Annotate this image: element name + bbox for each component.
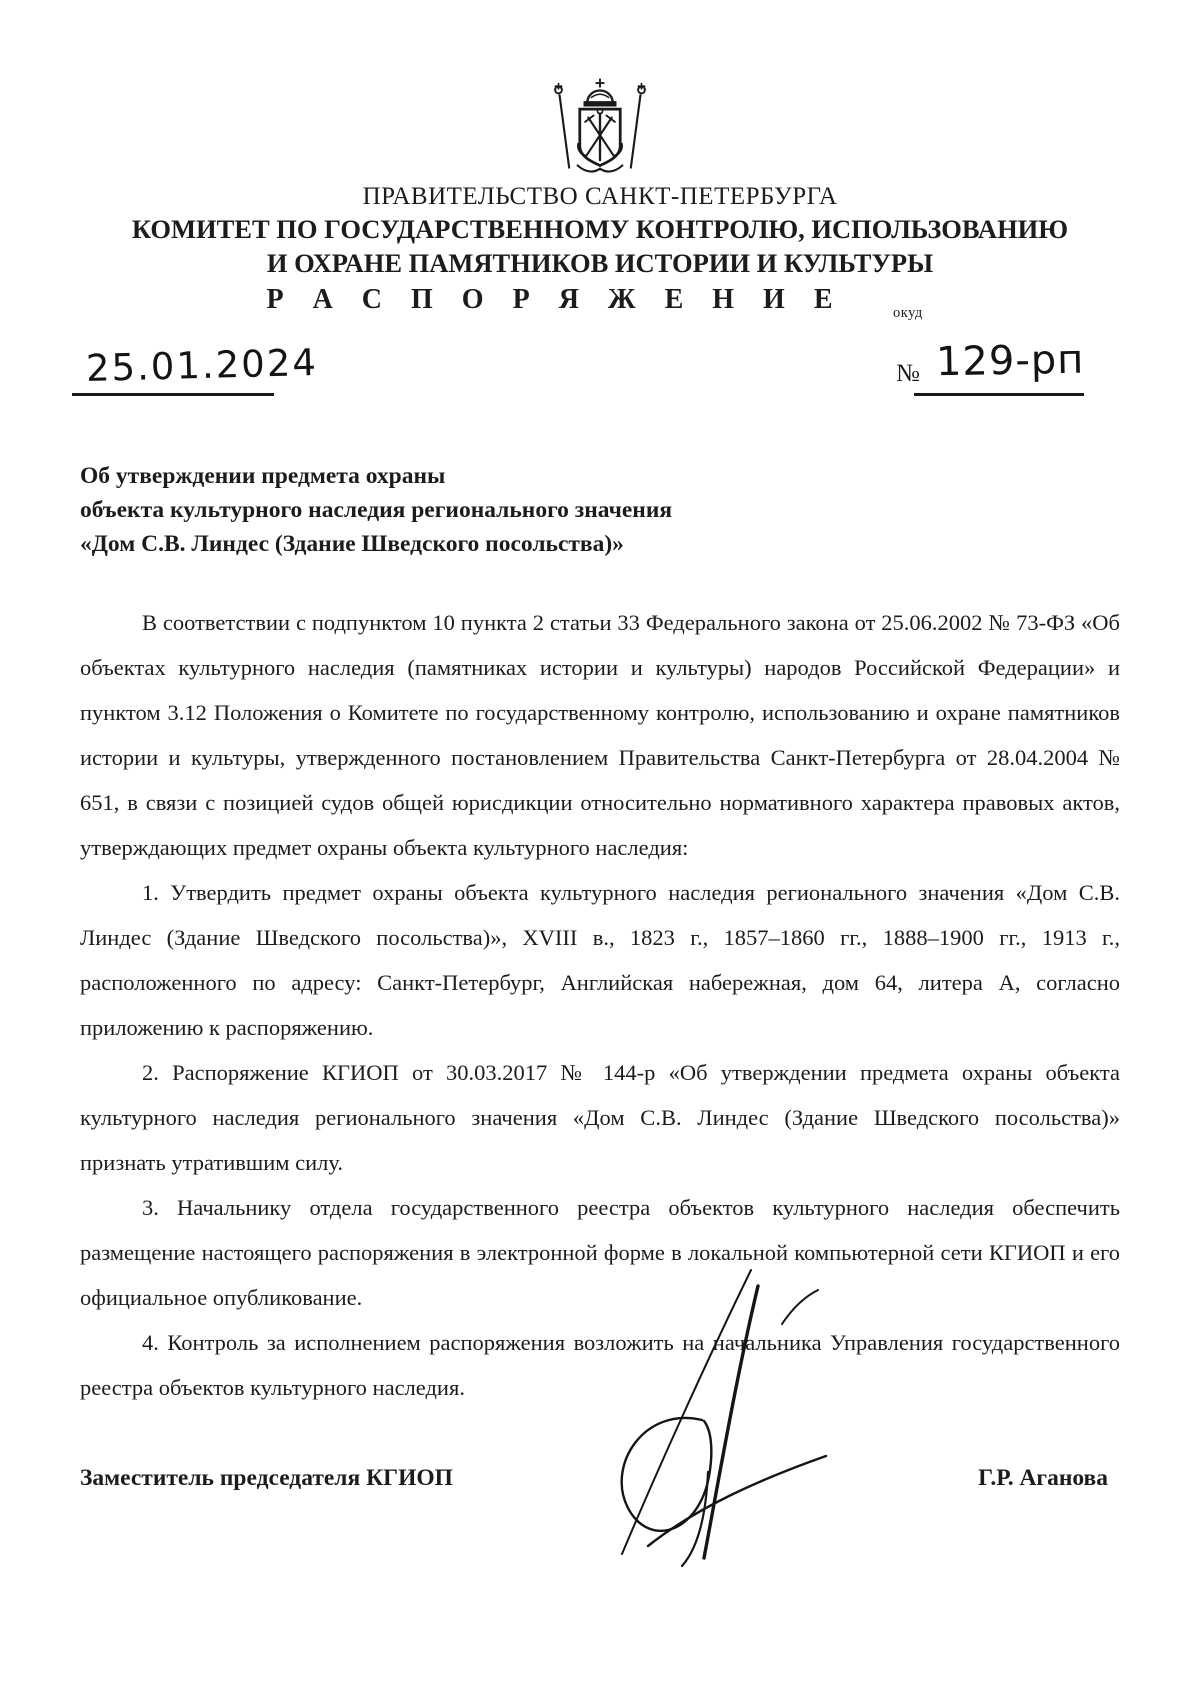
signature-block: Заместитель председателя КГИОП Г.Р. Аган… <box>80 1465 1108 1492</box>
paragraph-item-2: 2. Распоряжение КГИОП от 30.03.2017 № 14… <box>80 1050 1120 1185</box>
okud-label: окуд <box>893 305 923 322</box>
date-underline <box>72 393 274 396</box>
document-title: Об утверждении предмета охраны объекта к… <box>80 459 1000 561</box>
handwritten-signature-icon <box>586 1258 836 1568</box>
government-line: ПРАВИТЕЛЬСТВО САНКТ-ПЕТЕРБУРГА <box>0 183 1200 211</box>
signatory-name: Г.Р. Аганова <box>978 1465 1108 1492</box>
committee-line-1: КОМИТЕТ ПО ГОСУДАРСТВЕННОМУ КОНТРОЛЮ, ИС… <box>0 214 1200 245</box>
st-petersburg-coat-of-arms-icon <box>546 74 654 174</box>
title-line-1: Об утверждении предмета охраны <box>80 459 1000 493</box>
document-page: ПРАВИТЕЛЬСТВО САНКТ-ПЕТЕРБУРГА КОМИТЕТ П… <box>0 0 1200 1697</box>
number-sign: № <box>896 360 920 388</box>
paragraph-item-1: 1. Утвердить предмет охраны объекта куль… <box>80 870 1120 1050</box>
number-underline <box>914 393 1084 396</box>
paragraph-preamble: В соответствии с подпунктом 10 пункта 2 … <box>80 600 1120 870</box>
document-type-heading: Р А С П О Р Я Ж Е Н И Е <box>0 284 1155 316</box>
signatory-position: Заместитель председателя КГИОП <box>80 1465 453 1492</box>
title-line-2: объекта культурного наследия регионально… <box>80 493 1000 527</box>
handwritten-number: 129-рп <box>936 337 1085 386</box>
title-line-3: «Дом С.В. Линдес (Здание Шведского посол… <box>80 527 1000 561</box>
handwritten-date: 25.01.2024 <box>85 341 318 390</box>
committee-line-2: И ОХРАНЕ ПАМЯТНИКОВ ИСТОРИИ И КУЛЬТУРЫ <box>0 248 1200 279</box>
